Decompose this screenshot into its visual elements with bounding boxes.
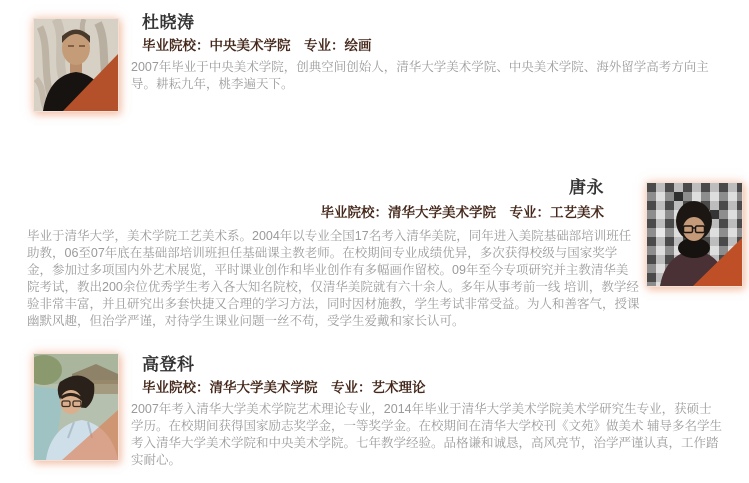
teacher-profiles-page: 杜晓涛 毕业院校：中央美术学院 专业：绘画 2007年毕业于中央美术学院，创典空… [0,0,749,483]
teacher-name: 高登科 [142,355,195,375]
teacher-photo [646,182,743,287]
school-major-line: 毕业院校：中央美术学院 专业：绘画 [142,38,372,54]
teacher-bio: 2007年毕业于中央美术学院，创典空间创始人，清华大学美术学院、中央美术学院、海… [131,59,723,93]
teacher-photo [33,353,119,461]
school-major-line: 毕业院校：清华大学美术学院 专业：工艺美术 [0,205,604,221]
portrait-man-glasses-outdoor [34,354,118,460]
teacher-name: 唐永 [0,178,604,198]
teacher-photo [33,18,119,112]
portrait-man-black-shirt [34,19,118,111]
portrait-man-glasses-mosaic-wall [647,183,742,286]
teacher-name: 杜晓涛 [142,13,195,33]
teacher-bio: 毕业于清华大学，美术学院工艺美术系。2004年以专业全国17名考入清华美院，同年… [27,228,640,330]
teacher-bio: 2007年考入清华大学美术学院艺术理论专业，2014年毕业于清华大学美术学院美术… [131,401,723,469]
school-major-line: 毕业院校：清华大学美术学院 专业：艺术理论 [142,380,426,396]
